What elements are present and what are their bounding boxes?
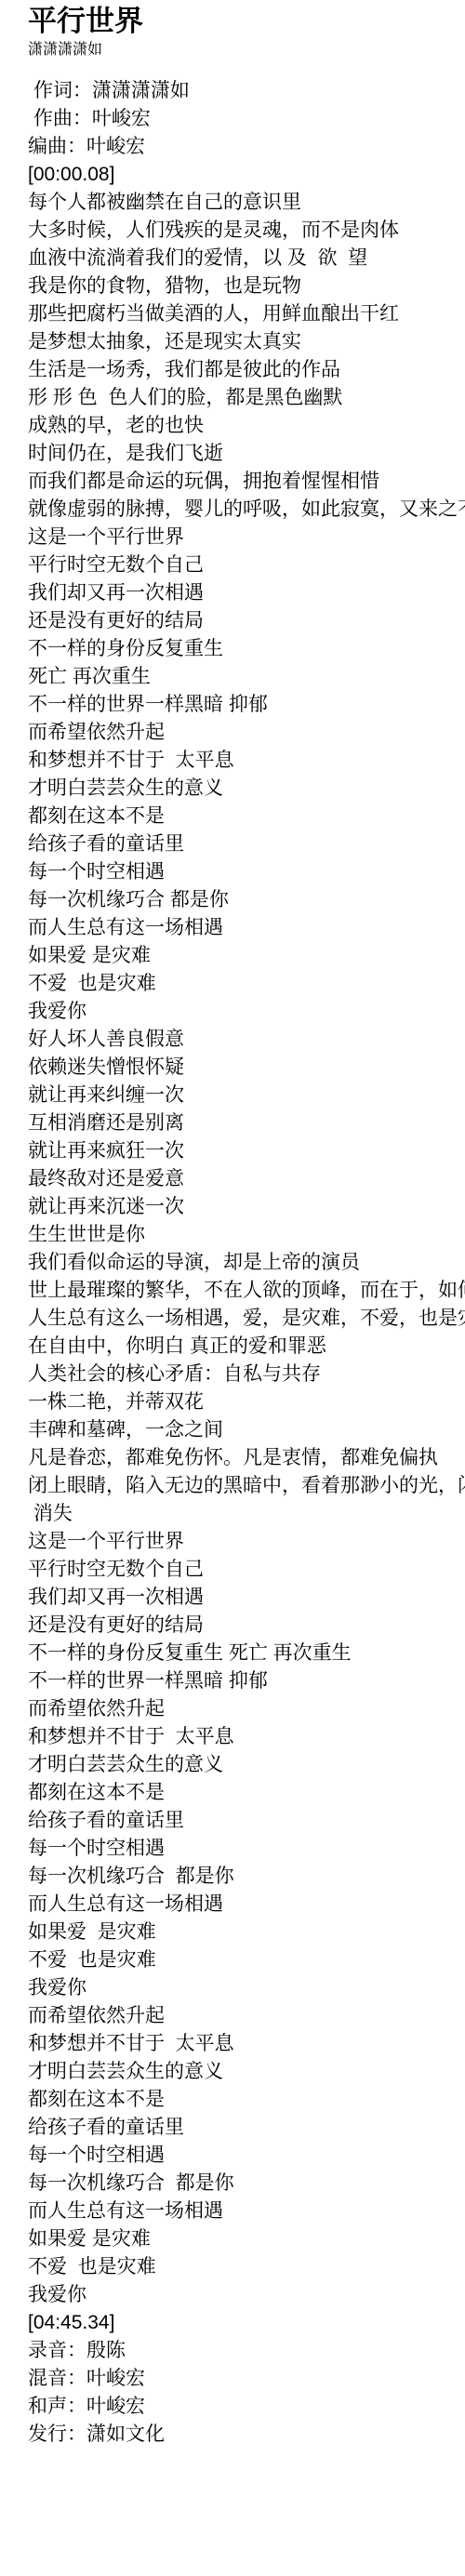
- lyric-line: 给孩子看的童话里: [28, 2114, 465, 2142]
- lyric-line: 那些把腐朽当做美酒的人，用鲜血酿出干红: [28, 300, 465, 328]
- lyric-line: 人类社会的核心矛盾：自私与共存: [28, 1361, 465, 1388]
- lyric-line: 平行时空无数个自己: [28, 1556, 465, 1584]
- lyrics-body: 每个人都被幽禁在自己的意识里大多时候，人们残疾的是灵魂，而不是肉体血液中流淌着我…: [28, 189, 465, 2309]
- top-credits: 作词：潇潇潇潇如 作曲：叶峻宏编曲：叶峻宏: [28, 77, 465, 161]
- lyric-line: 不爱 也是灾难: [28, 2253, 465, 2281]
- credit-line: 录音：殷陈: [28, 2337, 465, 2365]
- artist-name: 潇潇潇潇如: [28, 40, 465, 60]
- lyric-line: 还是没有更好的结局: [28, 1612, 465, 1640]
- lyric-line: 而人生总有这一场相遇: [28, 1891, 465, 1919]
- lyric-line: 和梦想并不甘于 太平息: [28, 2030, 465, 2058]
- lyric-line: 如果爱 是灾难: [28, 942, 465, 970]
- lyric-line: 就让再来纠缠一次: [28, 1082, 465, 1109]
- lyric-line: 生活是一场秀，我们都是彼此的作品: [28, 356, 465, 384]
- lyric-line: 我爱你: [28, 998, 465, 1026]
- lyric-line: 每一个时空相遇: [28, 1835, 465, 1863]
- lyric-line: 我们看似命运的导演，却是上帝的演员: [28, 1249, 465, 1277]
- lyric-line: 不爱 也是灾难: [28, 1946, 465, 1974]
- lyric-line: 我们却又再一次相遇: [28, 1584, 465, 1612]
- lyric-line: 生生世世是你: [28, 1221, 465, 1249]
- lyric-line: 世上最璀璨的繁华，不在人欲的顶峰，而在于，如何赋: [28, 1277, 465, 1305]
- lyric-line: 消失: [28, 1500, 465, 1528]
- lyric-line: 我们却又再一次相遇: [28, 579, 465, 607]
- lyric-line: 就让再来疯狂一次: [28, 1137, 465, 1165]
- credit-line: 混音：叶峻宏: [28, 2365, 465, 2393]
- lyric-line: 最终敌对还是爱意: [28, 1165, 465, 1193]
- lyric-line: 都刻在这本不是: [28, 2086, 465, 2114]
- lyric-line: 如果爱 是灾难: [28, 1919, 465, 1946]
- lyric-line: 都刻在这本不是: [28, 803, 465, 830]
- lyric-line: 而人生总有这一场相遇: [28, 2198, 465, 2225]
- lyric-line: 好人坏人善良假意: [28, 1026, 465, 1054]
- lyric-line: 我爱你: [28, 1974, 465, 2002]
- lyric-line: 才明白芸芸众生的意义: [28, 775, 465, 803]
- lyric-line: 互相消磨还是别离: [28, 1109, 465, 1137]
- credit-line: 发行：潇如文化: [28, 2421, 465, 2449]
- lyric-line: 在自由中，你明白 真正的爱和罪恶: [28, 1333, 465, 1361]
- lyric-line: 我爱你: [28, 2281, 465, 2309]
- lyric-line: 每一个时空相遇: [28, 858, 465, 886]
- timestamp-start: [00:00.08]: [28, 161, 465, 189]
- lyric-line: 时间仍在，是我们飞逝: [28, 440, 465, 468]
- lyric-line: 凡是眷恋，都难免伤怀。凡是衷情，都难免偏执: [28, 1444, 465, 1472]
- credit-line: 和声：叶峻宏: [28, 2393, 465, 2421]
- lyric-line: 是梦想太抽象，还是现实太真实: [28, 328, 465, 356]
- credit-line: 作词：潇潇潇潇如: [28, 77, 465, 105]
- credit-line: 编曲：叶峻宏: [28, 133, 465, 161]
- lyric-line: 形 形 色 色人们的脸，都是黑色幽默: [28, 384, 465, 412]
- lyric-line: 给孩子看的童话里: [28, 830, 465, 858]
- lyric-line: 不一样的世界一样黑暗 抑郁: [28, 1667, 465, 1695]
- lyric-line: 而希望依然升起: [28, 1695, 465, 1723]
- lyric-line: 平行时空无数个自己: [28, 551, 465, 579]
- lyric-line: 而希望依然升起: [28, 719, 465, 747]
- lyric-line: 每一次机缘巧合 都是你: [28, 1863, 465, 1891]
- lyric-line: 人生总有这么一场相遇，爱，是灾难，不爱，也是灾难: [28, 1305, 465, 1333]
- lyric-line: 和梦想并不甘于 太平息: [28, 1723, 465, 1751]
- lyric-line: 成熟的早，老的也快: [28, 412, 465, 440]
- lyric-line: 一株二艳，并蒂双花: [28, 1388, 465, 1416]
- lyric-line: 而希望依然升起: [28, 2002, 465, 2030]
- credit-line: 作曲：叶峻宏: [28, 105, 465, 133]
- timestamp-end: [04:45.34]: [28, 2309, 465, 2337]
- lyric-line: 和梦想并不甘于 太平息: [28, 747, 465, 775]
- lyric-line: 还是没有更好的结局: [28, 607, 465, 635]
- lyric-line: 死亡 再次重生: [28, 663, 465, 691]
- lyric-line: 而我们都是命运的玩偶，拥抱着惺惺相惜: [28, 468, 465, 496]
- lyric-line: 给孩子看的童话里: [28, 1807, 465, 1835]
- lyric-line: 不一样的身份反复重生: [28, 635, 465, 663]
- footer-credits: 录音：殷陈混音：叶峻宏和声：叶峻宏发行：潇如文化: [28, 2337, 465, 2449]
- lyric-line: 大多时候，人们残疾的是灵魂，而不是肉体: [28, 217, 465, 245]
- lyric-line: 就让再来沉迷一次: [28, 1193, 465, 1221]
- lyric-line: 才明白芸芸众生的意义: [28, 2058, 465, 2086]
- lyric-line: 这是一个平行世界: [28, 1528, 465, 1556]
- lyric-line: 每一次机缘巧合 都是你: [28, 2170, 465, 2198]
- lyric-line: 闭上眼睛，陷入无边的黑暗中，看着那渺小的光，闪动: [28, 1472, 465, 1500]
- lyric-line: 我是你的食物，猎物，也是玩物: [28, 272, 465, 300]
- lyric-line: 都刻在这本不是: [28, 1779, 465, 1807]
- lyric-line: 才明白芸芸众生的意义: [28, 1751, 465, 1779]
- lyric-line: 依赖迷失憎恨怀疑: [28, 1054, 465, 1082]
- lyric-line: 不一样的世界一样黑暗 抑郁: [28, 691, 465, 719]
- lyric-line: 就像虚弱的脉搏，婴儿的呼吸，如此寂寞，又来之不易: [28, 496, 465, 524]
- lyric-line: 血液中流淌着我们的爱情，以 及 欲 望: [28, 245, 465, 272]
- lyric-line: 丰碑和墓碑，一念之间: [28, 1416, 465, 1444]
- lyric-line: 每个人都被幽禁在自己的意识里: [28, 189, 465, 217]
- lyric-line: 这是一个平行世界: [28, 524, 465, 551]
- lyric-line: 而人生总有这一场相遇: [28, 914, 465, 942]
- lyrics-page: 平行世界 潇潇潇潇如 作词：潇潇潇潇如 作曲：叶峻宏编曲：叶峻宏 [00:00.…: [0, 0, 465, 2449]
- lyric-line: 不一样的身份反复重生 死亡 再次重生: [28, 1640, 465, 1667]
- lyric-line: 每一个时空相遇: [28, 2142, 465, 2170]
- lyric-line: 每一次机缘巧合 都是你: [28, 886, 465, 914]
- song-title: 平行世界: [28, 4, 465, 39]
- lyric-line: 不爱 也是灾难: [28, 970, 465, 998]
- lyric-line: 如果爱 是灾难: [28, 2225, 465, 2253]
